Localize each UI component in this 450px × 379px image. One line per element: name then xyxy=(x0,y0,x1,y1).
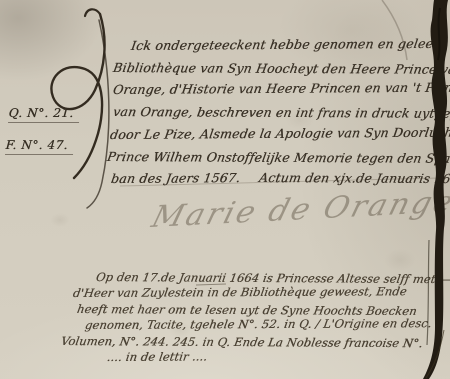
body-line: Prince Wilhem Onstoffelijke Memorie tege… xyxy=(106,149,450,166)
body-line: Bibliothèque van Syn Hoocheyt den Heere … xyxy=(112,60,450,77)
postscript-line: .... in de lettir .... xyxy=(106,349,208,364)
body-line: van Orange, beschreven en int frans in d… xyxy=(112,104,450,121)
margin-note-q: Q. N°. 21. xyxy=(8,106,80,123)
date-line-actum: Actum den xjx.de Januaris 1663 xyxy=(258,170,450,186)
margin-note-f: F. N°. 47. xyxy=(5,138,75,155)
signature: Marie de Orange xyxy=(148,185,450,235)
postscript-line: genomen, Tacite, tgehele N°. 52. in Q. /… xyxy=(84,316,433,332)
date-line-year: ban des Jaers 1567. xyxy=(110,170,241,186)
body-line: Ick ondergeteeckent hebbe genomen en gel… xyxy=(130,35,450,53)
postscript-line: Volumen, N°. 244. 245. in Q. Ende La Nob… xyxy=(60,334,424,350)
manuscript-photo: Q. N°. 21. F. N°. 47. Ick ondergeteecken… xyxy=(0,0,450,379)
body-line: door Le Pize, Alsmede la Apologie van Sy… xyxy=(109,124,450,142)
body-line: Orange, d'Historie van Heere Princen en … xyxy=(112,79,450,97)
postscript-line: d'Heer van Zuylestein in de Bibliothèque… xyxy=(72,284,408,300)
